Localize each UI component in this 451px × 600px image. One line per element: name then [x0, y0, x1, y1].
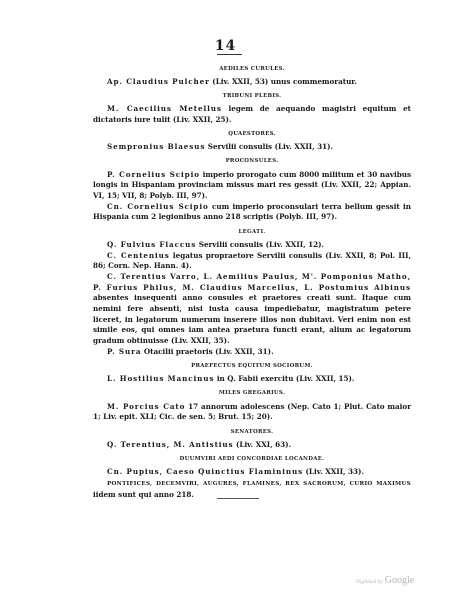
entry-paragraph: C. Terentius Varro, L. Aemilius Paulus, … [93, 272, 411, 347]
entry-name: Ap. Claudius Pulcher [107, 77, 210, 86]
entry-paragraph: M. Porcius Cato 17 annorum adolescens (N… [93, 402, 411, 423]
entry-name: C. Centenius [107, 251, 170, 260]
entry-paragraph: PONTIFICES, DECEMVIRI, AUGURES, FLAMINES… [93, 478, 411, 500]
entry-paragraph: Q. Fulvius Flaccus Servilii consulis (Li… [93, 240, 411, 251]
watermark-brand: Google [385, 575, 414, 586]
section-heading: PROCONSULES. [93, 156, 411, 167]
entry-paragraph: P. Cornelius Scipio imperio prorogato cu… [93, 170, 411, 202]
entry-text: Servilii consulis (Liv. XXII, 12). [196, 240, 324, 249]
entry-text: Servilii consulis (Liv. XXII, 31). [205, 142, 333, 151]
watermark-prefix: Digitized by [356, 579, 383, 585]
entry-text: absentes insequenti anno consules et pra… [93, 293, 411, 345]
page-number: 14 [0, 38, 451, 54]
entry-name: P. Sura [107, 347, 141, 356]
entry-paragraph: Cn. Cornelius Scipio cum imperio procons… [93, 202, 411, 223]
digitized-watermark: Digitized by Google [356, 575, 414, 586]
section-heading: QUAESTORES. [93, 129, 411, 140]
page-number-rule [217, 54, 242, 55]
entry-name: M. Caecilius Metellus [107, 104, 222, 113]
page-body: AEDILES CURULES.Ap. Claudius Pulcher (Li… [93, 60, 411, 500]
entry-text: iidem sunt qui anno 218. [93, 490, 194, 499]
entry-name: C. Terentius Varro, L. Aemilius Paulus, … [93, 272, 411, 292]
entry-paragraph: Cn. Pupius, Caeso Quinctius Flamininus (… [93, 467, 411, 478]
section-heading: LEGATI. [93, 227, 411, 238]
section-heading: SENATORES. [93, 427, 411, 438]
entry-text: in Q. Fabii exercitu (Liv. XXII, 15). [214, 374, 354, 383]
entry-text: Otacilii praetoris (Liv. XXII, 31). [141, 347, 273, 356]
entry-paragraph: M. Caecilius Metellus legem de aequando … [93, 104, 411, 125]
entry-name: P. Cornelius Scipio [107, 170, 200, 179]
entry-name: Cn. Cornelius Scipio [107, 202, 209, 211]
section-heading: DUUMVIRI AEDI CONCORDIAE LOCANDAE. [93, 454, 411, 465]
entry-name: Q. Terentius, M. Antistius [107, 440, 234, 449]
entry-name: L. Hostilius Mancinus [107, 374, 214, 383]
entry-text: (Liv. XXII, 53) unus commemoratur. [210, 77, 357, 86]
entry-paragraph: Q. Terentius, M. Antistius (Liv. XXI, 63… [93, 440, 411, 451]
entry-text: (Liv. XXII, 33). [303, 467, 364, 476]
document-page: 14 AEDILES CURULES.Ap. Claudius Pulcher … [0, 0, 451, 600]
entry-smallcaps: PONTIFICES, DECEMVIRI, AUGURES, FLAMINES… [107, 481, 411, 487]
section-heading: PRAEFECTUS EQUITUM SOCIORUM. [93, 361, 411, 372]
entry-name: Sempronius Blaesus [107, 142, 205, 151]
end-rule [217, 498, 259, 499]
entry-paragraph: Ap. Claudius Pulcher (Liv. XXII, 53) unu… [93, 77, 411, 88]
entry-name: Cn. Pupius, Caeso Quinctius Flamininus [107, 467, 303, 476]
entry-paragraph: L. Hostilius Mancinus in Q. Fabii exerci… [93, 374, 411, 385]
section-heading: MILES GREGARIUS. [93, 388, 411, 399]
section-heading: AEDILES CURULES. [93, 64, 411, 75]
entry-paragraph: C. Centenius legatus propraetore Servili… [93, 251, 411, 272]
entry-text: (Liv. XXI, 63). [234, 440, 292, 449]
entry-paragraph: P. Sura Otacilii praetoris (Liv. XXII, 3… [93, 347, 411, 358]
entry-name: M. Porcius Cato [107, 402, 185, 411]
entry-name: Q. Fulvius Flaccus [107, 240, 196, 249]
section-heading: TRIBUNI PLEBIS. [93, 91, 411, 102]
entry-paragraph: Sempronius Blaesus Servilii consulis (Li… [93, 142, 411, 153]
